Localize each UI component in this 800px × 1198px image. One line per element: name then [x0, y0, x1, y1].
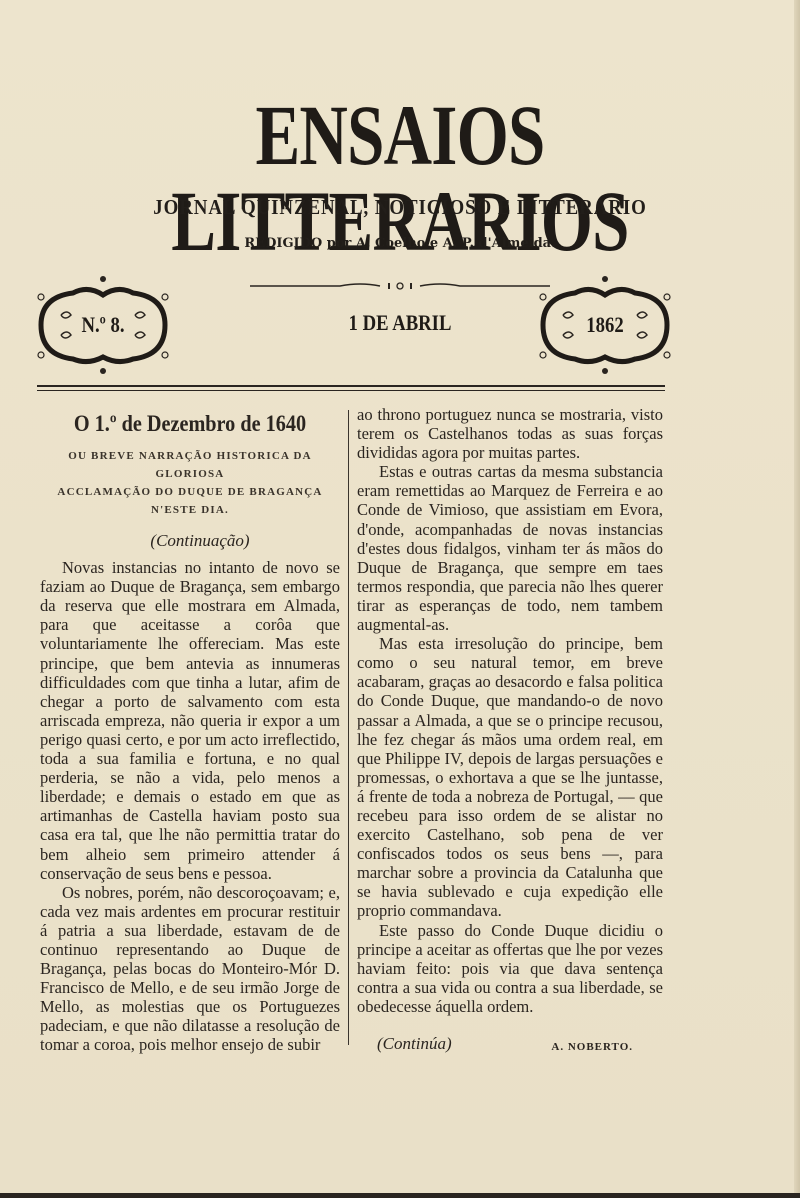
paragraph: Mas esta irresolução do principe, bem co… — [357, 634, 663, 920]
article-signoff: (Continúa) A. NOBERTO. — [357, 1034, 663, 1057]
article-title: O 1.º de Dezembro de 1640 — [58, 409, 322, 439]
paragraph: Este passo do Conde Duque dicidiu o prin… — [357, 921, 663, 1016]
column-divider — [348, 410, 349, 1045]
continues-note: (Continúa) — [377, 1034, 452, 1057]
masthead-subtitle: JORNAL QUINZENAL, NOTICIOSO E LITTERARIO — [40, 195, 760, 220]
issue-year-cartouche: 1862 — [535, 275, 675, 375]
issue-year: 1862 — [546, 275, 665, 375]
article-subtitle-line-2: ACCLAMAÇÃO DO DUQUE DE BRAGANÇA — [40, 483, 340, 501]
right-column: ao throno portuguez nunca se mostraria, … — [357, 405, 663, 1057]
continuation-note: (Continuação) — [60, 531, 340, 550]
header-rule-thin — [37, 390, 665, 391]
paragraph: ao throno portuguez nunca se mostraria, … — [357, 405, 663, 462]
paragraph: Novas instancias no intanto de novo se f… — [40, 558, 340, 883]
page-edge — [794, 0, 800, 1198]
paragraph: Estas e outras cartas da mesma substanci… — [357, 462, 663, 634]
page-bottom-edge — [0, 1193, 800, 1198]
issue-date: 1 DE ABRIL — [273, 310, 528, 336]
article-author: A. NOBERTO. — [551, 1034, 633, 1057]
left-column: O 1.º de Dezembro de 1640 OU BREVE NARRA… — [40, 405, 340, 1055]
issue-number-cartouche: N.º 8. — [33, 275, 173, 375]
newspaper-page: ENSAIOS LITTERARIOS JORNAL QUINZENAL, NO… — [0, 0, 800, 1198]
masthead-editors: REDIGIDO por A. Coelho e A. P. d'Almeida… — [0, 236, 800, 251]
article-subtitle-line-3: N'ESTE DIA. — [40, 501, 340, 519]
flourish-ornament — [250, 280, 550, 292]
issue-number: N.º 8. — [44, 275, 163, 375]
paragraph: Os nobres, porém, não descoroçoavam; e, … — [40, 883, 340, 1055]
header-rule — [37, 385, 665, 387]
article-subtitle-line-1: OU BREVE NARRAÇÃO HISTORICA DA GLORIOSA — [40, 447, 340, 483]
